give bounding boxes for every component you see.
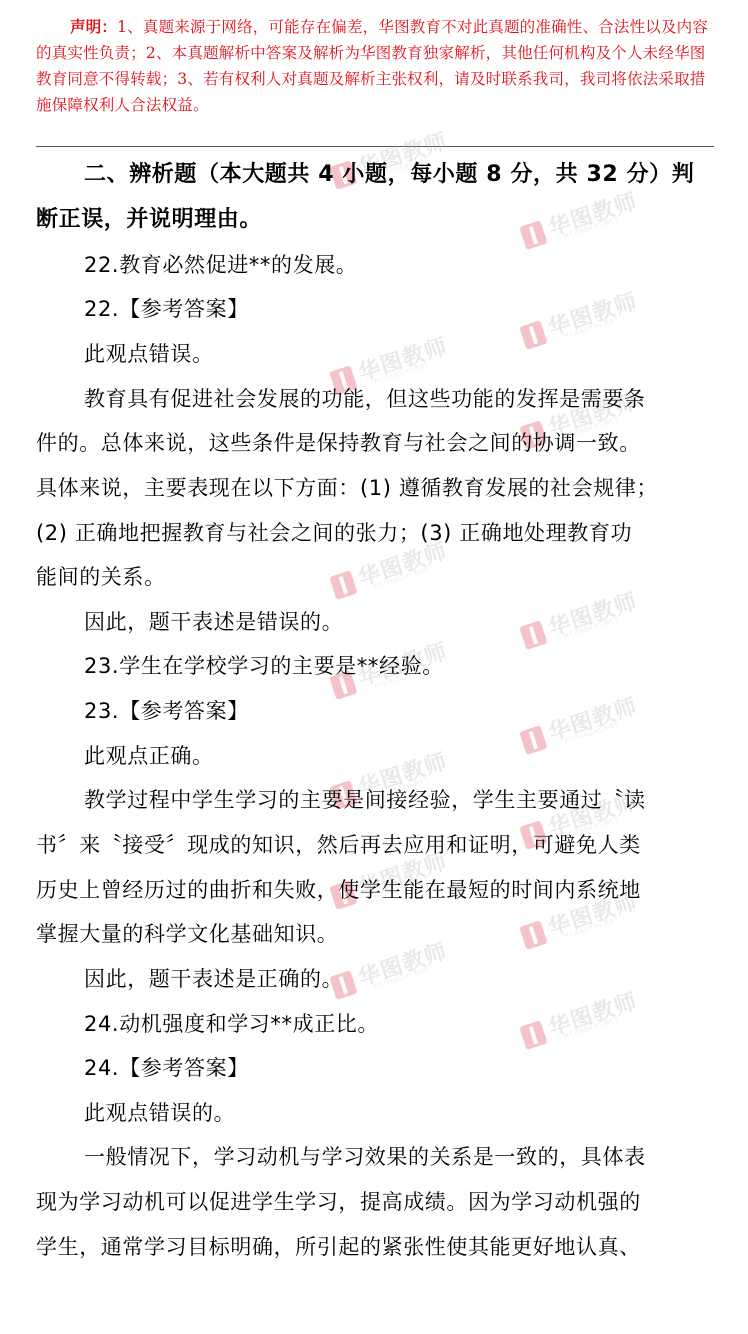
explanation-line: 掌握大量的科学文化基础知识。: [36, 919, 338, 949]
explanation-line: 学生，通常学习目标明确，所引起的紧张性使其能更好地认真、: [36, 1232, 641, 1262]
disclaimer-lead: 声明：: [70, 17, 117, 36]
explanation-line: 教学过程中学生学习的主要是间接经验，学生主要通过〝读: [84, 785, 646, 815]
answer-verdict: 此观点错误。: [84, 339, 214, 369]
explanation-line: 能间的关系。: [36, 562, 166, 592]
answer-label: 23.【参考答案】: [84, 696, 249, 726]
watermark-logo-icon: 华图教师HTJIAOSHI.NET: [327, 932, 453, 1007]
explanation-line: (2) 正确地把握教育与社会之间的张力；(3) 正确地处理教育功: [36, 518, 632, 548]
explanation-line: 件的。总体来说，这些条件是保持教育与社会之间的协调一致。: [36, 428, 641, 458]
disclaimer: 声明：1、真题来源于网络，可能存在偏差，华图教育不对此真题的准确性、合法性以及内…: [36, 14, 714, 118]
explanation-line: 教育具有促进社会发展的功能，但这些功能的发挥是需要条: [84, 384, 646, 414]
question-stem: 23.学生在学校学习的主要是**经验。: [84, 651, 444, 681]
answer-label: 22.【参考答案】: [84, 294, 249, 324]
explanation-line: 历史上曾经历过的曲折和失败，使学生能在最短的时间内系统地: [36, 875, 641, 905]
section-heading: 二、辨析题（本大题共 4 小题，每小题 8 分，共 32 分）判: [84, 160, 694, 190]
watermark-logo-icon: 华图教师HTJIAOSHI.NET: [517, 282, 643, 357]
watermark-logo-icon: 华图教师HTJIAOSHI.NET: [517, 582, 643, 657]
explanation-line: 具体来说，主要表现在以下方面：(1) 遵循教育发展的社会规律；: [36, 473, 658, 503]
explanation-line: 一般情况下，学习动机与学习效果的关系是一致的，具体表: [84, 1142, 646, 1172]
answer-verdict: 此观点正确。: [84, 741, 214, 771]
answer-verdict: 此观点错误的。: [84, 1098, 235, 1128]
question-stem: 22.教育必然促进**的发展。: [84, 250, 357, 280]
watermark-logo-icon: 华图教师HTJIAOSHI.NET: [517, 982, 643, 1057]
answer-conclusion: 因此，题干表述是正确的。: [84, 964, 343, 994]
answer-label: 24.【参考答案】: [84, 1053, 249, 1083]
answer-conclusion: 因此，题干表述是错误的。: [84, 607, 343, 637]
watermark-logo-icon: 华图教师HTJIAOSHI.NET: [517, 182, 643, 257]
explanation-line: 现为学习动机可以促进学生学习，提高成绩。因为学习动机强的: [36, 1187, 641, 1217]
question-stem: 24.动机强度和学习**成正比。: [84, 1009, 379, 1039]
watermark-logo-icon: 华图教师HTJIAOSHI.NET: [517, 687, 643, 762]
explanation-line: 书〞来〝接受〞现成的知识，然后再去应用和证明，可避免人类: [36, 830, 641, 860]
header-divider: [36, 146, 714, 147]
disclaimer-text: 1、真题来源于网络，可能存在偏差，华图教育不对此真题的准确性、合法性以及内容的真…: [36, 18, 708, 114]
section-heading-cont: 断正误，并说明理由。: [36, 205, 262, 235]
